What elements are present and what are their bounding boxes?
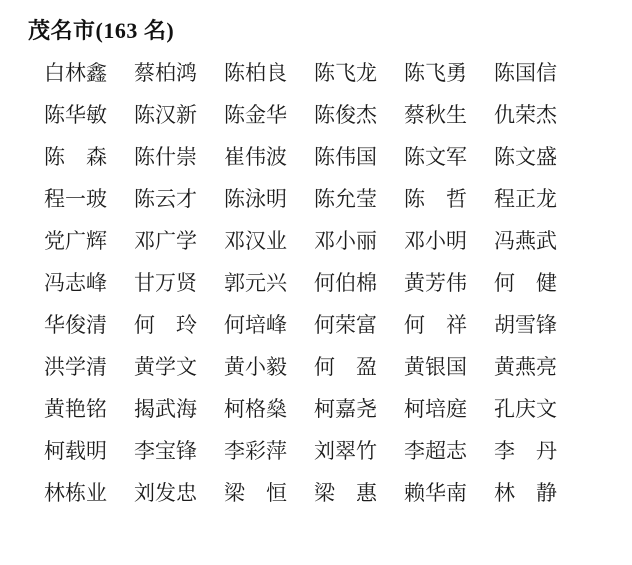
- name-item: 崔伟波: [224, 147, 287, 168]
- name-item: 刘发忠: [134, 483, 197, 504]
- name-item: 林栋业: [44, 483, 107, 504]
- name-item: 陈文军: [404, 147, 467, 168]
- name-item: 程一玻: [44, 189, 107, 210]
- name-grid: 白林鑫蔡柏鸿陈柏良陈飞龙陈飞勇陈国信陈华敏陈汉新陈金华陈俊杰蔡秋生仇荣杰陈 森陈…: [44, 52, 584, 514]
- name-item: 陈汉新: [134, 105, 197, 126]
- name-item: 柯载明: [44, 441, 107, 462]
- name-item: 甘万贤: [134, 273, 197, 294]
- name-item: 何 祥: [404, 315, 467, 336]
- name-item: 洪学清: [44, 357, 107, 378]
- name-item: 邓小丽: [314, 231, 377, 252]
- name-item: 陈华敏: [44, 105, 107, 126]
- name-item: 程正龙: [494, 189, 557, 210]
- name-item: 何荣富: [314, 315, 377, 336]
- name-item: 冯志峰: [44, 273, 107, 294]
- name-item: 李 丹: [494, 441, 557, 462]
- name-item: 仇荣杰: [494, 105, 557, 126]
- name-item: 黄学文: [134, 357, 197, 378]
- name-item: 陈云才: [134, 189, 197, 210]
- name-item: 陈伟国: [314, 147, 377, 168]
- name-item: 黄艳铭: [44, 399, 107, 420]
- name-item: 陈飞勇: [404, 63, 467, 84]
- name-item: 林 静: [494, 483, 557, 504]
- name-item: 刘翠竹: [314, 441, 377, 462]
- name-item: 揭武海: [134, 399, 197, 420]
- name-item: 陈 森: [44, 147, 107, 168]
- name-item: 何伯棉: [314, 273, 377, 294]
- name-item: 梁 惠: [314, 483, 377, 504]
- name-item: 陈文盛: [494, 147, 557, 168]
- name-item: 何 盈: [314, 357, 377, 378]
- name-item: 华俊清: [44, 315, 107, 336]
- name-item: 郭元兴: [224, 273, 287, 294]
- name-item: 何 健: [494, 273, 557, 294]
- name-item: 邓小明: [404, 231, 467, 252]
- name-item: 赖华南: [404, 483, 467, 504]
- name-item: 白林鑫: [44, 63, 107, 84]
- name-item: 何 玲: [134, 315, 197, 336]
- name-item: 黄银国: [404, 357, 467, 378]
- name-item: 陈柏良: [224, 63, 287, 84]
- name-item: 李宝锋: [134, 441, 197, 462]
- name-item: 柯培庭: [404, 399, 467, 420]
- name-item: 陈允莹: [314, 189, 377, 210]
- name-item: 蔡柏鸿: [134, 63, 197, 84]
- name-item: 孔庆文: [494, 399, 557, 420]
- name-item: 柯格燊: [224, 399, 287, 420]
- name-item: 梁 恒: [224, 483, 287, 504]
- name-item: 李超志: [404, 441, 467, 462]
- name-item: 李彩萍: [224, 441, 287, 462]
- name-item: 陈 哲: [404, 189, 467, 210]
- document-page: 茂名市(163 名) 白林鑫蔡柏鸿陈柏良陈飞龙陈飞勇陈国信陈华敏陈汉新陈金华陈俊…: [0, 0, 632, 565]
- name-item: 胡雪锋: [494, 315, 557, 336]
- name-item: 陈泳明: [224, 189, 287, 210]
- name-item: 陈金华: [224, 105, 287, 126]
- name-item: 陈飞龙: [314, 63, 377, 84]
- name-item: 何培峰: [224, 315, 287, 336]
- name-item: 邓汉业: [224, 231, 287, 252]
- name-item: 党广辉: [44, 231, 107, 252]
- name-item: 黄小毅: [224, 357, 287, 378]
- name-item: 陈国信: [494, 63, 557, 84]
- name-item: 黄芳伟: [404, 273, 467, 294]
- name-item: 柯嘉尧: [314, 399, 377, 420]
- name-item: 陈什崇: [134, 147, 197, 168]
- name-item: 黄燕亮: [494, 357, 557, 378]
- name-item: 邓广学: [134, 231, 197, 252]
- name-item: 蔡秋生: [404, 105, 467, 126]
- name-item: 冯燕武: [494, 231, 557, 252]
- city-section-title: 茂名市(163 名): [28, 14, 174, 45]
- name-item: 陈俊杰: [314, 105, 377, 126]
